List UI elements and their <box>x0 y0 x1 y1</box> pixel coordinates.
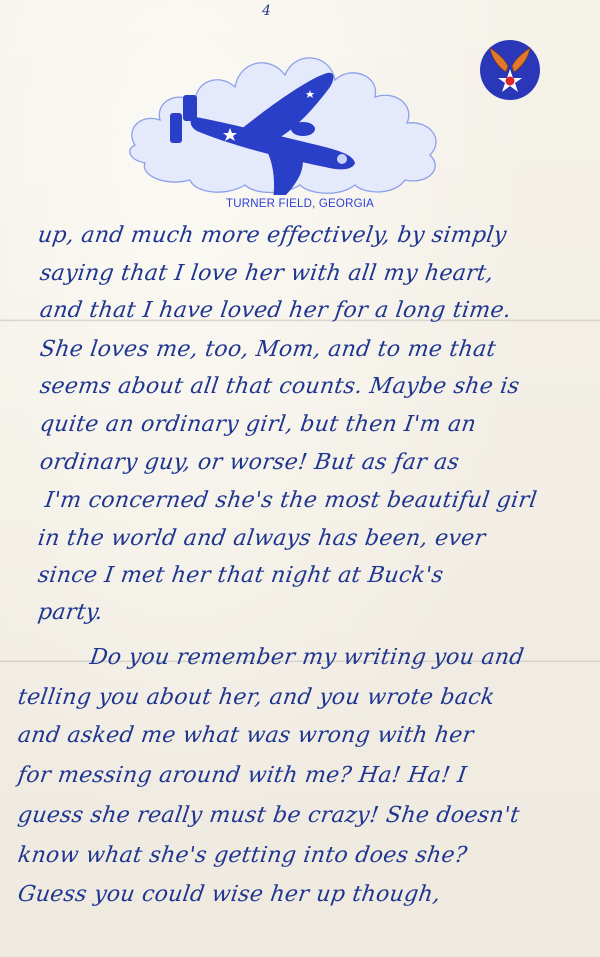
letter-line: seems about all that counts. Maybe she i… <box>38 374 521 399</box>
letterhead-location: TURNER FIELD, GEORGIA <box>0 198 600 210</box>
page-number: 4 <box>262 3 271 19</box>
letter-line: Do you remember my writing you and <box>88 645 525 670</box>
army-air-forces-insignia-icon <box>478 38 542 102</box>
letter-line: ordinary guy, or worse! But as far as <box>38 450 461 475</box>
letter-line: know what she's getting into does she? <box>16 843 468 868</box>
letter-line: telling you about her, and you wrote bac… <box>16 685 496 710</box>
letter-line: guess she really must be crazy! She does… <box>16 803 521 828</box>
letter-line: quite an ordinary girl, but then I'm an <box>38 412 478 437</box>
letter-line: She loves me, too, Mom, and to me that <box>38 337 497 362</box>
letter-line: Guess you could wise her up though, <box>16 882 442 907</box>
letter-line: in the world and always has been, ever <box>36 526 487 551</box>
letter-line: party. <box>36 600 104 625</box>
letter-line: for messing around with me? Ha! Ha! I <box>16 763 468 788</box>
letter-line: and that I have loved her for a long tim… <box>38 298 513 323</box>
letter-line: and asked me what was wrong with her <box>16 723 475 748</box>
b25-bomber-over-clouds-icon <box>125 35 455 195</box>
letter-line: saying that I love her with all my heart… <box>38 261 495 286</box>
letter-line: up, and much more effectively, by simply <box>36 223 508 248</box>
letter-line: since I met her that night at Buck's <box>36 563 445 588</box>
letter-line: I'm concerned she's the most beautiful g… <box>43 488 538 513</box>
